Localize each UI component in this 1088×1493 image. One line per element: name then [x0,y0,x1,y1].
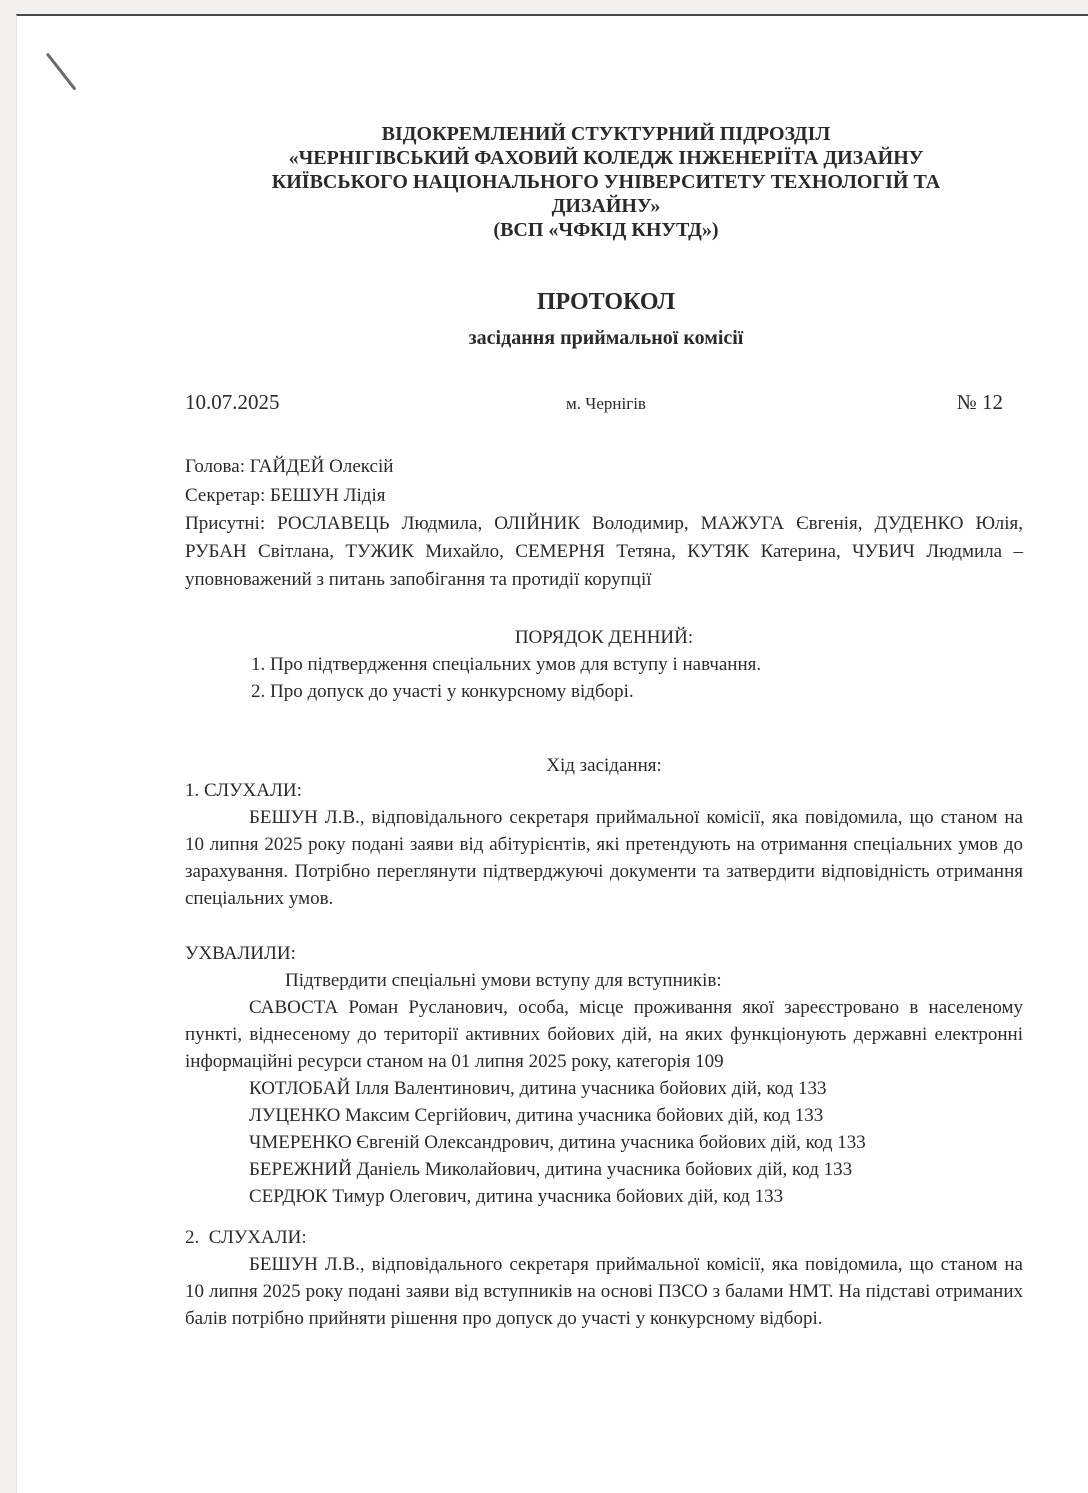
resolved-entry: ЛУЦЕНКО Максим Сергійович, дитина учасни… [185,1102,1023,1129]
document-subtitle: засідання приймальної комісії [185,327,1027,350]
heard-label: 2. СЛУХАЛИ: [185,1224,1023,1251]
agenda: ПОРЯДОК ДЕННИЙ: 1. Про підтвердження спе… [185,624,1023,705]
secretary: Секретар: БЕШУН Лідія [185,481,1023,510]
resolved-entry: САВОСТА Роман Русланович, особа, місце п… [185,994,1023,1075]
staple-mark-icon [46,53,77,91]
resolved-entry: ЧМЕРЕНКО Євгеній Олександрович, дитина у… [185,1129,1023,1156]
resolved-intro: Підтвердити спеціальні умови вступу для … [185,967,1023,994]
proceedings-heading: Хід засідання: [185,752,1023,779]
agenda-item: 1. Про підтвердження спеціальних умов дл… [185,651,1023,678]
item2-heard: 2. СЛУХАЛИ: БЕШУН Л.В., відповідального … [185,1224,1023,1332]
header-line: (ВСП «ЧФКІД КНУТД») [185,218,1027,242]
document-title: ПРОТОКОЛ [185,289,1027,316]
heard-label: 1. СЛУХАЛИ: [185,777,1023,804]
document-number: № 12 [957,390,1003,415]
resolved-entry: КОТЛОБАЙ Ілля Валентинович, дитина учасн… [185,1075,1023,1102]
item1-resolved: УХВАЛИЛИ: Підтвердити спеціальні умови в… [185,940,1023,1210]
heard-text: БЕШУН Л.В., відповідального секретаря пр… [185,804,1023,912]
attendees: Голова: ГАЙДЕЙ Олексій Секретар: БЕШУН Л… [185,452,1023,594]
resolved-entry: БЕРЕЖНИЙ Даніель Миколайович, дитина уча… [185,1156,1023,1183]
header-line: ВІДОКРЕМЛЕНИЙ СТУКТУРНИЙ ПІДРОЗДІЛ [185,122,1027,146]
header-line: «ЧЕРНІГІВСЬКИЙ ФАХОВИЙ КОЛЕДЖ ІНЖЕНЕРІЇТ… [185,146,1027,170]
chair: Голова: ГАЙДЕЙ Олексій [185,452,1023,481]
resolved-label: УХВАЛИЛИ: [185,940,1023,967]
item1-heard: 1. СЛУХАЛИ: БЕШУН Л.В., відповідального … [185,777,1023,912]
institution-header: ВІДОКРЕМЛЕНИЙ СТУКТУРНИЙ ПІДРОЗДІЛ «ЧЕРН… [185,122,1027,242]
document-city: м. Чернігів [185,394,1027,414]
agenda-item: 2. Про допуск до участі у конкурсному ві… [185,678,1023,705]
present-list: Присутні: РОСЛАВЕЦЬ Людмила, ОЛІЙНИК Вол… [185,510,1023,594]
agenda-heading: ПОРЯДОК ДЕННИЙ: [185,624,1023,651]
heard-text: БЕШУН Л.В., відповідального секретаря пр… [185,1251,1023,1332]
header-line: КИЇВСЬКОГО НАЦІОНАЛЬНОГО УНІВЕРСИТЕТУ ТЕ… [185,170,1027,194]
resolved-entry: СЕРДЮК Тимур Олегович, дитина учасника б… [185,1183,1023,1210]
scanned-page: ВІДОКРЕМЛЕНИЙ СТУКТУРНИЙ ПІДРОЗДІЛ «ЧЕРН… [16,14,1088,1493]
document-meta: 10.07.2025 м. Чернігів № 12 [185,390,1027,418]
header-line: ДИЗАЙНУ» [185,194,1027,218]
